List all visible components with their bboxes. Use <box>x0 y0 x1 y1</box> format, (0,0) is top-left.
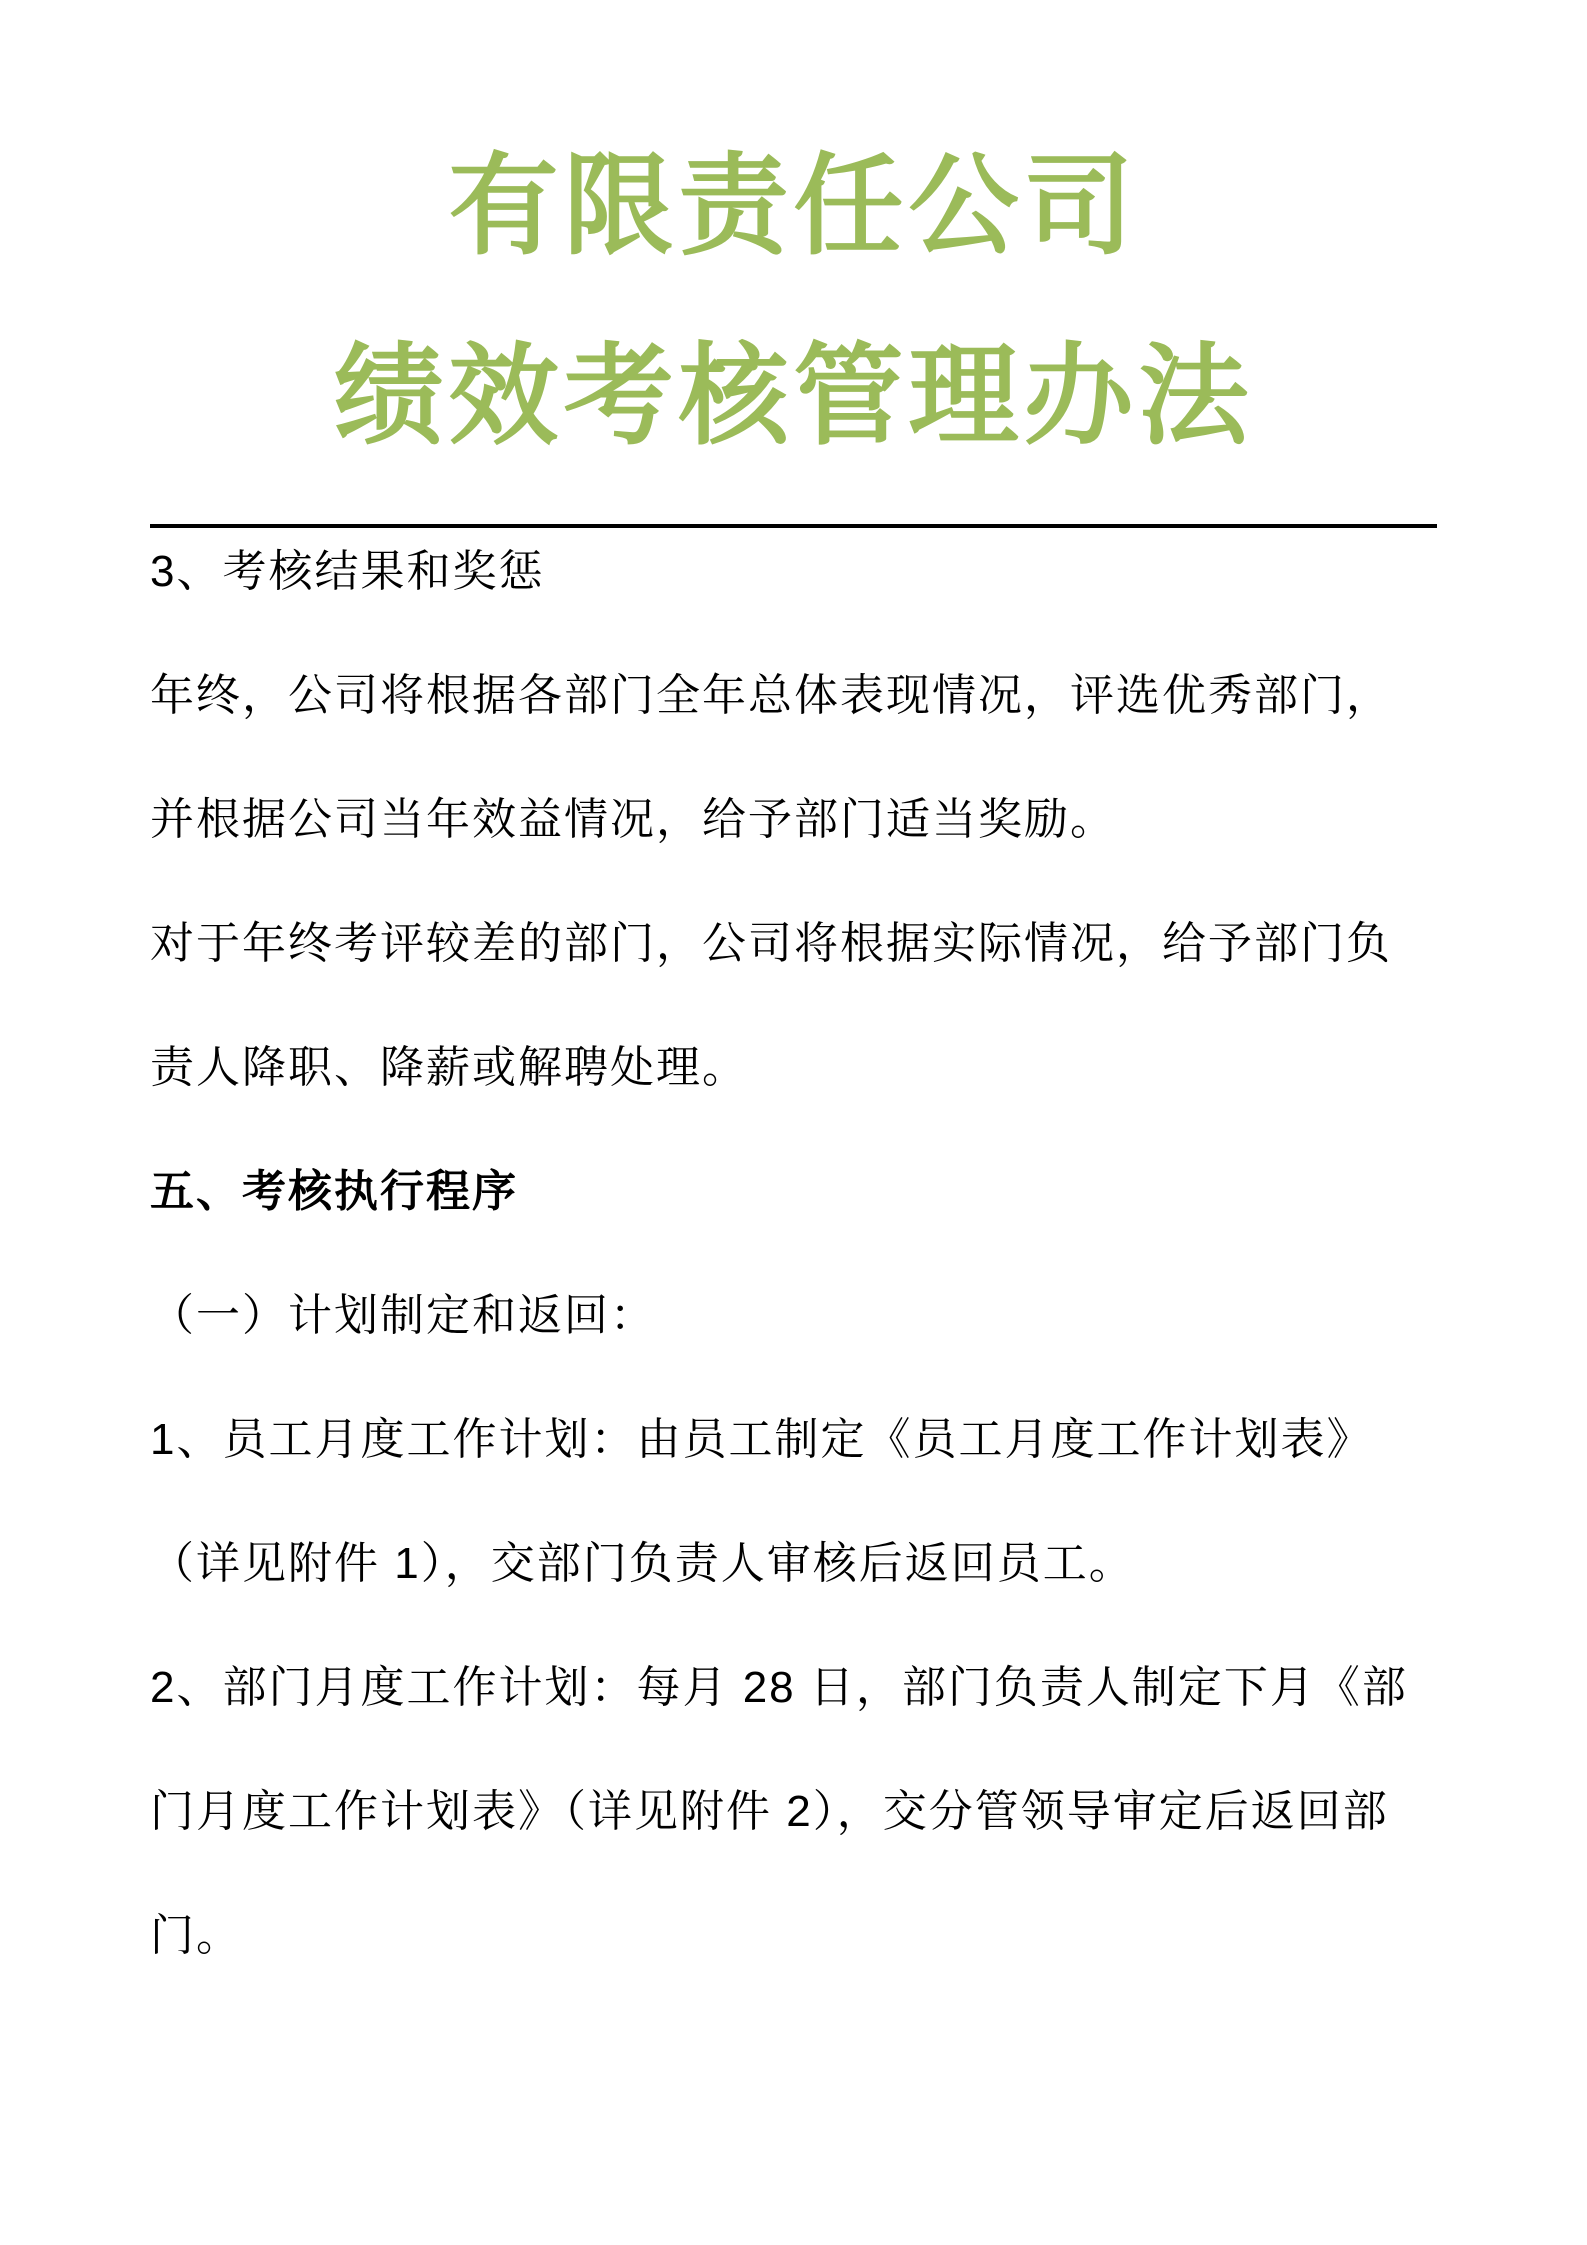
title-line-2: 绩效考核管理办法 <box>150 302 1437 492</box>
title-divider-line <box>150 524 1437 528</box>
document-title: 有限责任公司 绩效考核管理办法 <box>150 0 1437 492</box>
body-line: （一）计划制定和返回： <box>150 1286 1437 1410</box>
title-line-1: 有限责任公司 <box>150 112 1437 302</box>
body-line: 1、员工月度工作计划：由员工制定《员工月度工作计划表》 <box>150 1410 1437 1534</box>
body-line: 对于年终考评较差的部门，公司将根据实际情况，给予部门负 <box>150 914 1437 1038</box>
body-heading-line: 五、考核执行程序 <box>150 1162 1437 1286</box>
document-content: 有限责任公司 绩效考核管理办法 3、考核结果和奖惩 年终，公司将根据各部门全年总… <box>150 0 1437 2030</box>
body-line: 门。 <box>150 1906 1437 2030</box>
body-line: 责人降职、降薪或解聘处理。 <box>150 1038 1437 1162</box>
body-line: 并根据公司当年效益情况，给予部门适当奖励。 <box>150 790 1437 914</box>
body-line: 年终，公司将根据各部门全年总体表现情况，评选优秀部门， <box>150 666 1437 790</box>
document-page: 有限责任公司 绩效考核管理办法 3、考核结果和奖惩 年终，公司将根据各部门全年总… <box>0 0 1587 2245</box>
body-line: 门月度工作计划表》（详见附件 2），交分管领导审定后返回部 <box>150 1782 1437 1906</box>
body-line: 3、考核结果和奖惩 <box>150 542 1437 666</box>
body-line: 2、部门月度工作计划：每月 28 日，部门负责人制定下月《部 <box>150 1658 1437 1782</box>
document-body: 3、考核结果和奖惩 年终，公司将根据各部门全年总体表现情况，评选优秀部门， 并根… <box>150 542 1437 2030</box>
body-line: （详见附件 1），交部门负责人审核后返回员工。 <box>150 1534 1437 1658</box>
